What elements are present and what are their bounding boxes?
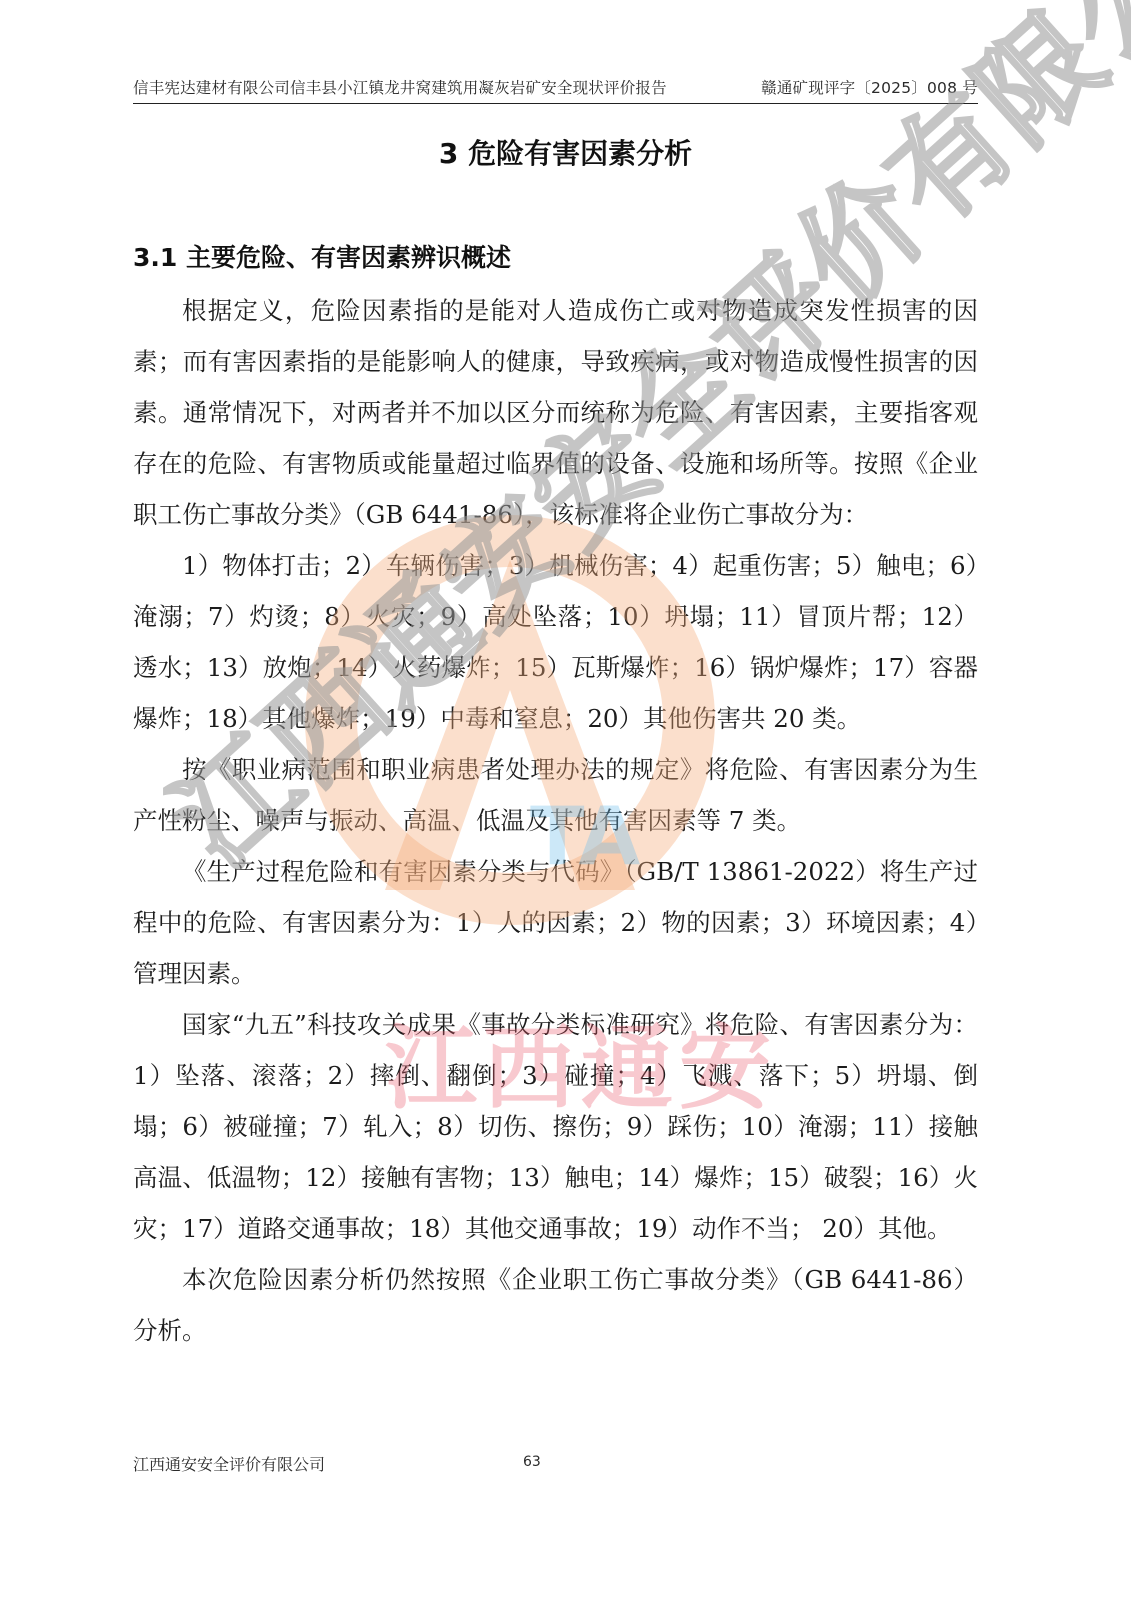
paragraph-gbt-13861: 《生产过程危险和有害因素分类与代码》（GB/T 13861-2022）将生产过程… (133, 846, 978, 999)
footer-company: 江西通安安全评价有限公司 (133, 1452, 325, 1475)
page-number: 63 (523, 1454, 541, 1470)
paragraph-definition: 根据定义，危险因素指的是能对人造成伤亡或对物造成突发性损害的因素；而有害因素指的… (133, 285, 978, 540)
paragraph-occupational-disease: 按《职业病范围和职业病患者处理办法的规定》将危险、有害因素分为生产性粉尘、噪声与… (133, 744, 978, 846)
page-header: 信丰宪达建材有限公司信丰县小江镇龙井窝建筑用凝灰岩矿安全现状评价报告 赣通矿现评… (133, 76, 978, 103)
section-title: 3.1 主要危险、有害因素辨识概述 (133, 238, 511, 274)
paragraph-conclusion: 本次危险因素分析仍然按照《企业职工伤亡事故分类》（GB 6441-86）分析。 (133, 1254, 978, 1356)
document-page: 信丰宪达建材有限公司信丰县小江镇龙井窝建筑用凝灰岩矿安全现状评价报告 赣通矿现评… (0, 0, 1131, 1600)
paragraph-nine-five: 国家“九五”科技攻关成果《事故分类标准研究》将危险、有害因素分为：1）坠落、滚落… (133, 999, 978, 1254)
chapter-title: 3 危险有害因素分析 (0, 132, 1131, 172)
report-number: 赣通矿现评字〔2025〕008 号 (761, 76, 978, 98)
report-title: 信丰宪达建材有限公司信丰县小江镇龙井窝建筑用凝灰岩矿安全现状评价报告 (133, 76, 667, 98)
paragraph-accident-types: 1）物体打击；2）车辆伤害；3）机械伤害；4）起重伤害；5）触电；6）淹溺；7）… (133, 540, 978, 744)
header-divider (133, 103, 978, 104)
body-text: 根据定义，危险因素指的是能对人造成伤亡或对物造成突发性损害的因素；而有害因素指的… (133, 285, 978, 1356)
